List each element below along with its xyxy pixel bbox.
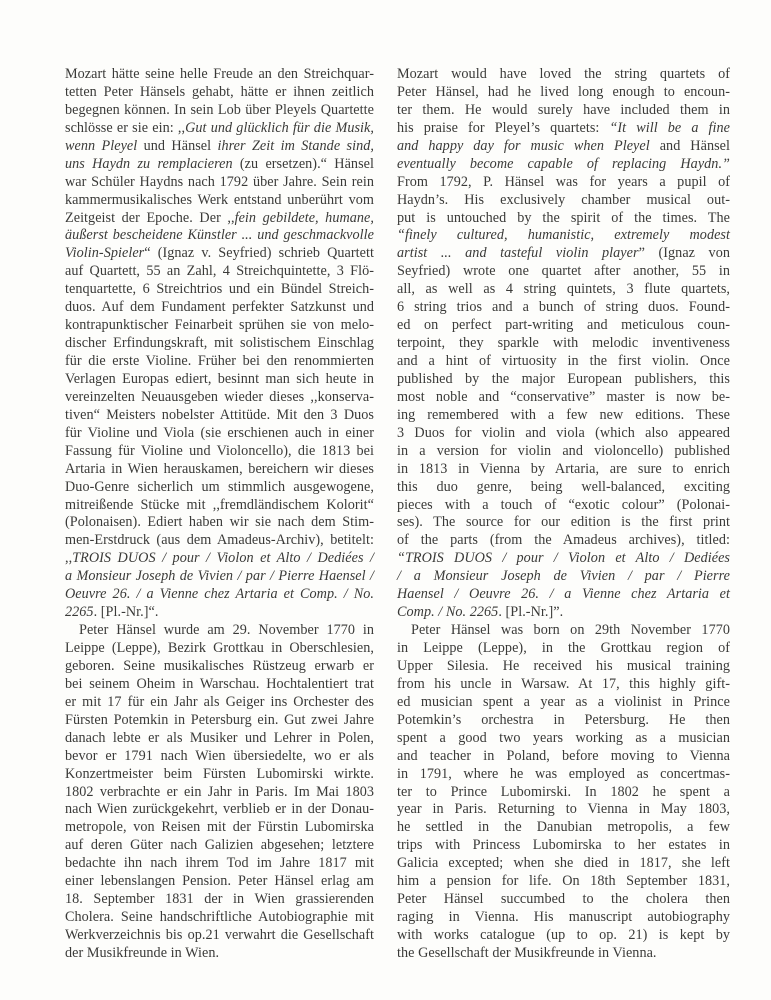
text-segment: für Violine und Viola (sie erschienen au… [65,425,374,441]
text-line: From 1792, P. Hänsel was for years a pup… [397,174,730,192]
text-segment: ” (Ignaz von [639,245,730,261]
italic-quote-segment: TROIS DUOS / pour / Violon et Alto / Ded… [72,550,374,566]
text-segment: Haydn’s. His exclusively chamber musical… [397,192,730,208]
text-segment: begegnen können. In sein Lob über Pleyel… [65,102,374,118]
text-segment: Peter Hänsel was born on 29th November 1… [411,622,730,638]
text-line: ter them. He would surely have included … [397,102,730,120]
italic-quote-segment: / a Monsieur Joseph de Vivien / par / Pi… [397,568,730,584]
text-line: eventually become capable of replacing H… [397,156,730,174]
text-segment: bei seinem Oheim in Warschau. Hochtalent… [65,676,374,692]
italic-quote-segment: Oeuvre 26. / a Vienne chez Artaria et Co… [65,586,374,602]
text-line: einer lebenslangen Pension. Peter Hänsel… [65,873,374,891]
text-segment: in 1813 in Vienna by Artaria, are sure t… [397,461,730,477]
text-segment: geboren. Seine musikalisches Rüstzeug er… [65,658,374,674]
text-line: 18. September 1831 der in Wien grassiere… [65,891,374,909]
text-line: year in Paris. Returning to Vienna in Ma… [397,801,730,819]
text-line: Violin-Spieler“ (Ignaz v. Seyfried) schr… [65,245,374,263]
text-line: in 1791, where he was employed as concer… [397,766,730,784]
text-segment: in Leippe (Leppe), in the Grottkau regio… [397,640,730,656]
text-line: in Leippe (Leppe), in the Grottkau regio… [397,640,730,658]
text-segment: vereinzelten Neuausgeben wieder dieses ,… [65,389,374,405]
text-segment: spent a good two years working as a musi… [397,730,730,746]
text-segment: und Hänsel [137,138,217,154]
text-line: him a pension for life. On 18th Septembe… [397,873,730,891]
italic-quote-segment: ihrer Zeit im Stande sind, [218,138,375,154]
text-line: vereinzelten Neuausgeben wieder dieses ,… [65,389,374,407]
text-line: Cholera. Seine handschriftliche Autobiog… [65,909,374,927]
text-line: Peter Hänsel, had he lived long enough t… [397,84,730,102]
text-line: duos. Auf dem Fundament perfekter Satzku… [65,299,374,317]
text-line: Comp. / No. 2265. [Pl.-Nr.]”. [397,604,730,622]
text-line: schlösse er sie ein: ,,Gut und glücklich… [65,120,374,138]
text-line: Haensel / Oeuvre 26. / a Vienne chez Art… [397,586,730,604]
text-line: most noble and “conservative” master is … [397,389,730,407]
text-segment: schlösse er sie ein: ,, [65,120,185,136]
text-line: spent a good two years working as a musi… [397,730,730,748]
text-line: a Monsieur Joseph de Vivien / par / Pier… [65,568,374,586]
text-line: tetten Peter Hänsels gehabt, hätte er ih… [65,84,374,102]
italic-quote-segment: artist ... and tasteful violin player [397,245,639,261]
italic-quote-segment: a Monsieur Joseph de Vivien / par / Pier… [65,568,374,584]
text-line: Oeuvre 26. / a Vienne chez Artaria et Co… [65,586,374,604]
text-segment: . [Pl.-Nr.]“. [94,604,159,620]
text-segment: mitreißende Stücke mit ,,fremdländischem… [65,497,374,513]
text-line: auf Quartett, 55 an Zahl, 4 Streichquint… [65,263,374,281]
text-segment: er mit 17 für ein Jahr als Geiger ins Or… [65,694,374,710]
text-segment: war Schüler Haydns nach 1792 über Jahre.… [65,174,374,190]
text-segment: and teacher in Poland, before moving to … [397,748,730,764]
text-segment: Duo-Genre sicherlich um stimmlich ausgew… [65,479,374,495]
text-line: kammermusikalisches Werk entstand unberü… [65,192,374,210]
italic-quote-segment: 2265 [65,604,94,620]
italic-quote-segment: fein gebildete, humane, [235,210,374,226]
text-line: mitreißende Stücke mit ,,fremdländischem… [65,497,374,515]
text-line: he settled in the Danubian metropolis, a… [397,819,730,837]
text-segment: of the parts (from the Amadeus archives)… [397,532,730,548]
text-line: Peter Hänsel was born on 29th November 1… [397,622,730,640]
text-segment: Peter Hänsel, had he lived long enough t… [397,84,730,100]
text-line: Fassung für Violine und Violoncello), di… [65,443,374,461]
text-segment: auf Quartett, 55 an Zahl, 4 Streichquint… [65,263,374,279]
text-segment: Upper Silesia. He received his musical t… [397,658,730,674]
text-segment: tetten Peter Hänsels gehabt, hätte er ih… [65,84,374,100]
text-line: published by the major European publishe… [397,371,730,389]
text-line: Potemkin’s orchestra in Petersburg. He t… [397,712,730,730]
text-line: Leippe (Leppe), Bezirk Grottkau in Obers… [65,640,374,658]
text-segment: Zeitgeist der Epoche. Der ,, [65,210,235,226]
text-segment: tenquartette, 6 Streichtrios und ein Bün… [65,281,374,297]
italic-quote-segment: Violin-Spieler [65,245,144,261]
text-segment: Fassung für Violine und Violoncello), di… [65,443,374,459]
text-line: / a Monsieur Joseph de Vivien / par / Pi… [397,568,730,586]
text-line: in 1813 in Vienna by Artaria, are sure t… [397,461,730,479]
text-line: für Violine und Viola (sie erschienen au… [65,425,374,443]
text-segment: Peter Hänsel succumbed to the cholera th… [397,891,730,907]
text-line: auf deren Güter nach Galizien abgesehen;… [65,837,374,855]
text-line: uns Haydn zu remplacieren (zu ersetzen).… [65,156,374,174]
text-line: from his uncle in Warsaw. At 17, this hi… [397,676,730,694]
text-line: “TROIS DUOS / pour / Violon et Alto / De… [397,550,730,568]
text-line: 3 Duos for violin and viola (which also … [397,425,730,443]
text-line: Mozart hätte seine helle Freude an den S… [65,66,374,84]
text-line: ,,TROIS DUOS / pour / Violon et Alto / D… [65,550,374,568]
text-segment: metropole, von Reisen mit der Fürstin Lu… [65,819,374,835]
text-line: danach lebte er als Musiker und Lehrer i… [65,730,374,748]
text-segment: 18. September 1831 der in Wien grassiere… [65,891,374,907]
text-segment: and a hint of virtuosity in the first vi… [397,353,730,369]
text-line: Upper Silesia. He received his musical t… [397,658,730,676]
text-segment: Leippe (Leppe), Bezirk Grottkau in Obers… [65,640,374,656]
text-line: begegnen können. In sein Lob über Pleyel… [65,102,374,120]
text-line: Konzertmeister beim Fürsten Lubomirski w… [65,766,374,784]
text-line: ed on perfect part-writing and meticulou… [397,317,730,335]
text-segment: kammermusikalisches Werk entstand unberü… [65,192,374,208]
text-segment: with works catalogue (up to op. 21) is k… [397,927,730,943]
text-segment: Galicia excepted; when she died in 1817,… [397,855,730,871]
text-line: er mit 17 für ein Jahr als Geiger ins Or… [65,694,374,712]
text-segment: bedachte ihn nach ihrem Tod im Jahre 181… [65,855,374,871]
text-line: Seyfried) wrote one quartet after anothe… [397,263,730,281]
text-line: trips with Princess Lubomirska to her es… [397,837,730,855]
text-segment: put is untouched by the spirit of the ti… [397,210,730,226]
text-segment: 1802 verbrachte er ein Jahr in Paris. Im… [65,784,374,800]
text-segment: (zu ersetzen).“ Hänsel [233,156,374,172]
text-segment: Mozart hätte seine helle Freude an den S… [65,66,374,82]
text-segment: Fürsten Potemkin in Petersburg ein. Gut … [65,712,374,728]
text-segment: raging in Vienna. His manuscript autobio… [397,909,730,925]
text-segment: . [Pl.-Nr.]”. [498,604,563,620]
text-line: in a version for violin and violoncello)… [397,443,730,461]
text-line: ter to Prince Lubomirski. In 1802 he spe… [397,784,730,802]
german-text-column: Mozart hätte seine helle Freude an den S… [65,66,374,963]
italic-quote-segment: Haensel / Oeuvre 26. / a Vienne chez Art… [397,586,730,602]
text-line: and a hint of virtuosity in the first vi… [397,353,730,371]
text-line: tiven“ Meisters nobelster Attitüde. Mit … [65,407,374,425]
text-segment: Artaria in Wien herauskamen, bereichern … [65,461,374,477]
text-line: tenquartette, 6 Streichtrios und ein Bün… [65,281,374,299]
text-segment: the Gesellschaft der Musikfreunde in Vie… [397,945,657,961]
text-segment: ter to Prince Lubomirski. In 1802 he spe… [397,784,730,800]
text-segment: Konzertmeister beim Fürsten Lubomirski w… [65,766,374,782]
text-line: and happy day for music when Pleyel and … [397,138,730,156]
text-line: bedachte ihn nach ihrem Tod im Jahre 181… [65,855,374,873]
text-segment: Verlagen Europas ediert, besinnt man sic… [65,371,374,387]
text-line: Werkverzeichnis bis op.21 verwahrt die G… [65,927,374,945]
italic-quote-segment: “It will be a fine [609,120,730,136]
text-line: terpoint, they sparkle with melodic inve… [397,335,730,353]
text-line: 2265. [Pl.-Nr.]“. [65,604,374,622]
text-segment: he settled in the Danubian metropolis, a… [397,819,730,835]
text-segment: tiven“ Meisters nobelster Attitüde. Mit … [65,407,374,423]
text-segment: from his uncle in Warsaw. At 17, this hi… [397,676,730,692]
text-segment: Potemkin’s orchestra in Petersburg. He t… [397,712,730,728]
text-line: bevor er 1791 nach Wien übersiedelte, wo… [65,748,374,766]
text-segment: in 1791, where he was employed as concer… [397,766,730,782]
text-line: all, as well as 4 string quintets, 3 flu… [397,281,730,299]
text-line: discher Erfindungskraft, mit solistische… [65,335,374,353]
text-segment: (Polonaisen). Ediert haben wir sie nach … [65,514,374,530]
text-line: pieces with a touch of “exotic colour” (… [397,497,730,515]
text-line: metropole, von Reisen mit der Fürstin Lu… [65,819,374,837]
text-segment: this duo genre, being well-balanced, exc… [397,479,730,495]
text-line: ing remembered with a few new editions. … [397,407,730,425]
text-segment: ed on perfect part-writing and meticulou… [397,317,730,333]
text-segment: Mozart would have loved the string quart… [397,66,730,82]
text-line: für die erste Violine. Früher bei den re… [65,353,374,371]
text-segment: all, as well as 4 string quintets, 3 flu… [397,281,730,297]
text-segment: 3 Duos for violin and viola (which also … [397,425,730,441]
italic-quote-segment: äußerst bescheidene Künstler ... und ges… [65,227,374,243]
text-segment: his praise for Pleyel’s quartets: [397,120,609,136]
text-segment: published by the major European publishe… [397,371,730,387]
text-segment: “ (Ignaz v. Seyfried) schrieb Quartett [144,245,374,261]
text-line: the Gesellschaft der Musikfreunde in Vie… [397,945,730,963]
text-segment: auf deren Güter nach Galizien abgesehen;… [65,837,374,853]
text-segment: ter them. He would surely have included … [397,102,730,118]
text-segment: ses). The source for our edition is the … [397,514,730,530]
text-line: ses). The source for our edition is the … [397,514,730,532]
text-segment: and Hänsel [650,138,730,154]
text-segment: discher Erfindungskraft, mit solistische… [65,335,374,351]
italic-quote-segment: Gut und glücklich für die Musik, [185,120,374,136]
italic-quote-segment: “finely cultured, humanistic, extremely … [397,227,730,243]
italic-quote-segment: uns Haydn zu remplacieren [65,156,233,172]
text-line: nach Wien zurückgekehrt, verblieb er in … [65,801,374,819]
italic-quote-segment: “TROIS DUOS / pour / Violon et Alto / De… [397,550,730,566]
text-line: Galicia excepted; when she died in 1817,… [397,855,730,873]
text-segment: 6 string trios and a bunch of string duo… [397,299,730,315]
text-line: Haydn’s. His exclusively chamber musical… [397,192,730,210]
italic-quote-segment: wenn Pleyel [65,138,137,154]
text-segment: most noble and “conservative” master is … [397,389,730,405]
italic-quote-segment: and happy day for music when Pleyel [397,138,650,154]
text-segment: Seyfried) wrote one quartet after anothe… [397,263,730,279]
italic-quote-segment: eventually become capable of replacing H… [397,156,730,172]
text-segment: pieces with a touch of “exotic colour” (… [397,497,730,513]
text-segment: danach lebte er als Musiker und Lehrer i… [65,730,374,746]
text-segment: From 1792, P. Hänsel was for years a pup… [397,174,730,190]
text-segment: trips with Princess Lubomirska to her es… [397,837,730,853]
text-segment: einer lebenslangen Pension. Peter Hänsel… [65,873,374,889]
text-line: Artaria in Wien herauskamen, bereichern … [65,461,374,479]
text-line: ed musician spent a year as a violinist … [397,694,730,712]
text-segment: terpoint, they sparkle with melodic inve… [397,335,730,351]
text-line: war Schüler Haydns nach 1792 über Jahre.… [65,174,374,192]
text-line: Zeitgeist der Epoche. Der ,,fein gebilde… [65,210,374,228]
text-line: 6 string trios and a bunch of string duo… [397,299,730,317]
text-line: 1802 verbrachte er ein Jahr in Paris. Im… [65,784,374,802]
italic-quote-segment: Comp. / No. 2265 [397,604,498,620]
text-segment: Peter Hänsel wurde am 29. November 1770 … [79,622,374,638]
text-line: Peter Hänsel wurde am 29. November 1770 … [65,622,374,640]
text-line: men-Erstdruck (aus dem Amadeus-Archiv), … [65,532,374,550]
text-segment: him a pension for life. On 18th Septembe… [397,873,730,889]
text-line: and teacher in Poland, before moving to … [397,748,730,766]
text-segment: der Musikfreunde in Wien. [65,945,219,961]
text-line: der Musikfreunde in Wien. [65,945,374,963]
text-segment: nach Wien zurückgekehrt, verblieb er in … [65,801,374,817]
text-line: Fürsten Potemkin in Petersburg ein. Gut … [65,712,374,730]
text-segment: ed musician spent a year as a violinist … [397,694,730,710]
text-line: put is untouched by the spirit of the ti… [397,210,730,228]
text-segment: Werkverzeichnis bis op.21 verwahrt die G… [65,927,374,943]
text-line: of the parts (from the Amadeus archives)… [397,532,730,550]
text-line: Peter Hänsel succumbed to the cholera th… [397,891,730,909]
text-line: with works catalogue (up to op. 21) is k… [397,927,730,945]
text-segment: bevor er 1791 nach Wien übersiedelte, wo… [65,748,374,764]
text-line: kontrapunktischer Feinarbeit sprühen sie… [65,317,374,335]
text-line: bei seinem Oheim in Warschau. Hochtalent… [65,676,374,694]
text-line: Duo-Genre sicherlich um stimmlich ausgew… [65,479,374,497]
text-segment: men-Erstdruck (aus dem Amadeus-Archiv), … [65,532,374,548]
text-line: geboren. Seine musikalisches Rüstzeug er… [65,658,374,676]
text-segment: in a version for violin and violoncello)… [397,443,730,459]
text-segment: ing remembered with a few new editions. … [397,407,730,423]
text-segment: für die erste Violine. Früher bei den re… [65,353,374,369]
text-line: “finely cultured, humanistic, extremely … [397,227,730,245]
text-line: artist ... and tasteful violin player” (… [397,245,730,263]
text-line: his praise for Pleyel’s quartets: “It wi… [397,120,730,138]
text-line: Verlagen Europas ediert, besinnt man sic… [65,371,374,389]
english-text-column: Mozart would have loved the string quart… [397,66,730,963]
text-segment: duos. Auf dem Fundament perfekter Satzku… [65,299,374,315]
text-line: raging in Vienna. His manuscript autobio… [397,909,730,927]
text-line: (Polonaisen). Ediert haben wir sie nach … [65,514,374,532]
text-segment: kontrapunktischer Feinarbeit sprühen sie… [65,317,374,333]
text-line: this duo genre, being well-balanced, exc… [397,479,730,497]
text-segment: year in Paris. Returning to Vienna in Ma… [397,801,730,817]
text-segment: Cholera. Seine handschriftliche Autobiog… [65,909,374,925]
document-page: Mozart hätte seine helle Freude an den S… [0,0,771,1000]
text-line: wenn Pleyel und Hänsel ihrer Zeit im Sta… [65,138,374,156]
text-line: äußerst bescheidene Künstler ... und ges… [65,227,374,245]
text-line: Mozart would have loved the string quart… [397,66,730,84]
